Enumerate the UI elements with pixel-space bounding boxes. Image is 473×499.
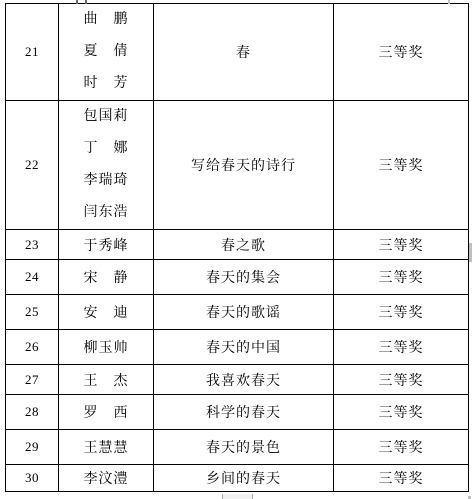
row-number: 27: [25, 372, 39, 387]
award-label: 三等奖: [379, 46, 424, 61]
award-label: 三等奖: [379, 306, 424, 321]
cropped-edge-artifact: [448, 0, 450, 4]
table-row: 27 王 杰 我喜欢春天 三等奖: [6, 365, 469, 395]
member-name: 宋 静: [84, 271, 129, 286]
award-label: 三等奖: [379, 239, 424, 254]
member-name: 丁 娜: [59, 133, 153, 165]
award-label: 三等奖: [379, 271, 424, 286]
cropped-text-artifact: [85, 0, 87, 4]
table-row: 21 曲 鹏 夏 倩 时 芳 春 三等奖: [6, 4, 469, 101]
member-name: 安 迪: [84, 306, 129, 321]
work-title-cell[interactable]: 春天的中国: [154, 330, 334, 365]
work-title-cell[interactable]: 春: [154, 4, 334, 101]
member-name: 包国莉: [59, 101, 153, 133]
row-number-cell[interactable]: 28: [6, 395, 59, 430]
row-number-cell[interactable]: 21: [6, 4, 59, 101]
award-cell[interactable]: 三等奖: [334, 101, 469, 230]
work-title: 春天的景色: [206, 441, 281, 456]
names-cell[interactable]: 安 迪: [59, 295, 154, 330]
row-number-cell[interactable]: 30: [6, 465, 59, 492]
award-label: 三等奖: [379, 374, 424, 389]
member-name: 柳玉帅: [84, 341, 129, 356]
vertical-scrollbar-fragment[interactable]: [469, 243, 472, 262]
member-name: 罗 西: [84, 406, 129, 421]
names-cell[interactable]: 于秀峰: [59, 230, 154, 260]
names-cell[interactable]: 柳玉帅: [59, 330, 154, 365]
work-title-cell[interactable]: 写给春天的诗行: [154, 101, 334, 230]
row-number-cell[interactable]: 26: [6, 330, 59, 365]
work-title: 写给春天的诗行: [191, 159, 296, 174]
row-number: 22: [25, 157, 39, 172]
award-label: 三等奖: [379, 159, 424, 174]
work-title-cell[interactable]: 春天的集会: [154, 260, 334, 295]
award-label: 三等奖: [379, 406, 424, 421]
row-number: 30: [25, 470, 39, 485]
names-cell[interactable]: 宋 静: [59, 260, 154, 295]
table-row: 25 安 迪 春天的歌谣 三等奖: [6, 295, 469, 330]
work-title-cell[interactable]: 春天的景色: [154, 430, 334, 465]
table-row: 24 宋 静 春天的集会 三等奖: [6, 260, 469, 295]
award-label: 三等奖: [379, 341, 424, 356]
work-title-cell[interactable]: 乡间的春天: [154, 465, 334, 492]
row-number-cell[interactable]: 22: [6, 101, 59, 230]
work-title: 春之歌: [221, 239, 266, 254]
names-cell[interactable]: 王慧慧: [59, 430, 154, 465]
award-cell[interactable]: 三等奖: [334, 365, 469, 395]
member-name: 闫东浩: [59, 197, 153, 229]
names-cell[interactable]: 李汶澧: [59, 465, 154, 492]
award-cell[interactable]: 三等奖: [334, 395, 469, 430]
work-title: 春天的歌谣: [206, 306, 281, 321]
table-row: 28 罗 西 科学的春天 三等奖: [6, 395, 469, 430]
work-title-cell[interactable]: 春天的歌谣: [154, 295, 334, 330]
work-title-cell[interactable]: 我喜欢春天: [154, 365, 334, 395]
row-number: 28: [25, 404, 39, 419]
award-cell[interactable]: 三等奖: [334, 230, 469, 260]
award-cell[interactable]: 三等奖: [334, 260, 469, 295]
award-cell[interactable]: 三等奖: [334, 430, 469, 465]
award-cell[interactable]: 三等奖: [334, 330, 469, 365]
names-cell[interactable]: 罗 西: [59, 395, 154, 430]
award-label: 三等奖: [379, 441, 424, 456]
award-cell[interactable]: 三等奖: [334, 465, 469, 492]
row-number-cell[interactable]: 23: [6, 230, 59, 260]
row-number: 29: [25, 439, 39, 454]
row-number: 21: [25, 44, 39, 59]
member-name: 李瑞琦: [59, 165, 153, 197]
table-row: 23 于秀峰 春之歌 三等奖: [6, 230, 469, 260]
work-title: 春天的集会: [206, 271, 281, 286]
row-number: 25: [25, 304, 39, 319]
member-name: 李汶澧: [84, 472, 129, 487]
names-cell[interactable]: 王 杰: [59, 365, 154, 395]
award-list-table: 21 曲 鹏 夏 倩 时 芳 春 三等奖 22 包国莉 丁 娜 李瑞琦 闫东浩 …: [5, 3, 469, 492]
member-name: 王 杰: [84, 374, 129, 389]
names-cell[interactable]: 包国莉 丁 娜 李瑞琦 闫东浩: [59, 101, 154, 230]
member-name: 于秀峰: [84, 239, 129, 254]
work-title-cell[interactable]: 春之歌: [154, 230, 334, 260]
row-number-cell[interactable]: 24: [6, 260, 59, 295]
row-number: 26: [25, 339, 39, 354]
table-row: 30 李汶澧 乡间的春天 三等奖: [6, 465, 469, 492]
table-row: 22 包国莉 丁 娜 李瑞琦 闫东浩 写给春天的诗行 三等奖: [6, 101, 469, 230]
award-label: 三等奖: [379, 472, 424, 487]
row-number-cell[interactable]: 25: [6, 295, 59, 330]
member-name: 夏 倩: [59, 36, 153, 68]
row-number-cell[interactable]: 27: [6, 365, 59, 395]
row-number: 23: [25, 237, 39, 252]
member-name: 王慧慧: [84, 441, 129, 456]
work-title-cell[interactable]: 科学的春天: [154, 395, 334, 430]
cropped-text-artifact: [76, 0, 78, 4]
work-title: 春天的中国: [206, 341, 281, 356]
award-cell[interactable]: 三等奖: [334, 295, 469, 330]
award-cell[interactable]: 三等奖: [334, 4, 469, 101]
work-title: 乡间的春天: [206, 472, 281, 487]
work-title: 科学的春天: [206, 406, 281, 421]
work-title: 春: [236, 46, 251, 61]
member-name: 曲 鹏: [59, 4, 153, 36]
row-number: 24: [25, 269, 39, 284]
names-cell[interactable]: 曲 鹏 夏 倩 时 芳: [59, 4, 154, 101]
table-row: 26 柳玉帅 春天的中国 三等奖: [6, 330, 469, 365]
table-row: 29 王慧慧 春天的景色 三等奖: [6, 430, 469, 465]
row-number-cell[interactable]: 29: [6, 430, 59, 465]
member-name: 时 芳: [59, 68, 153, 100]
page-control-fragment[interactable]: [222, 494, 253, 499]
work-title: 我喜欢春天: [206, 374, 281, 389]
